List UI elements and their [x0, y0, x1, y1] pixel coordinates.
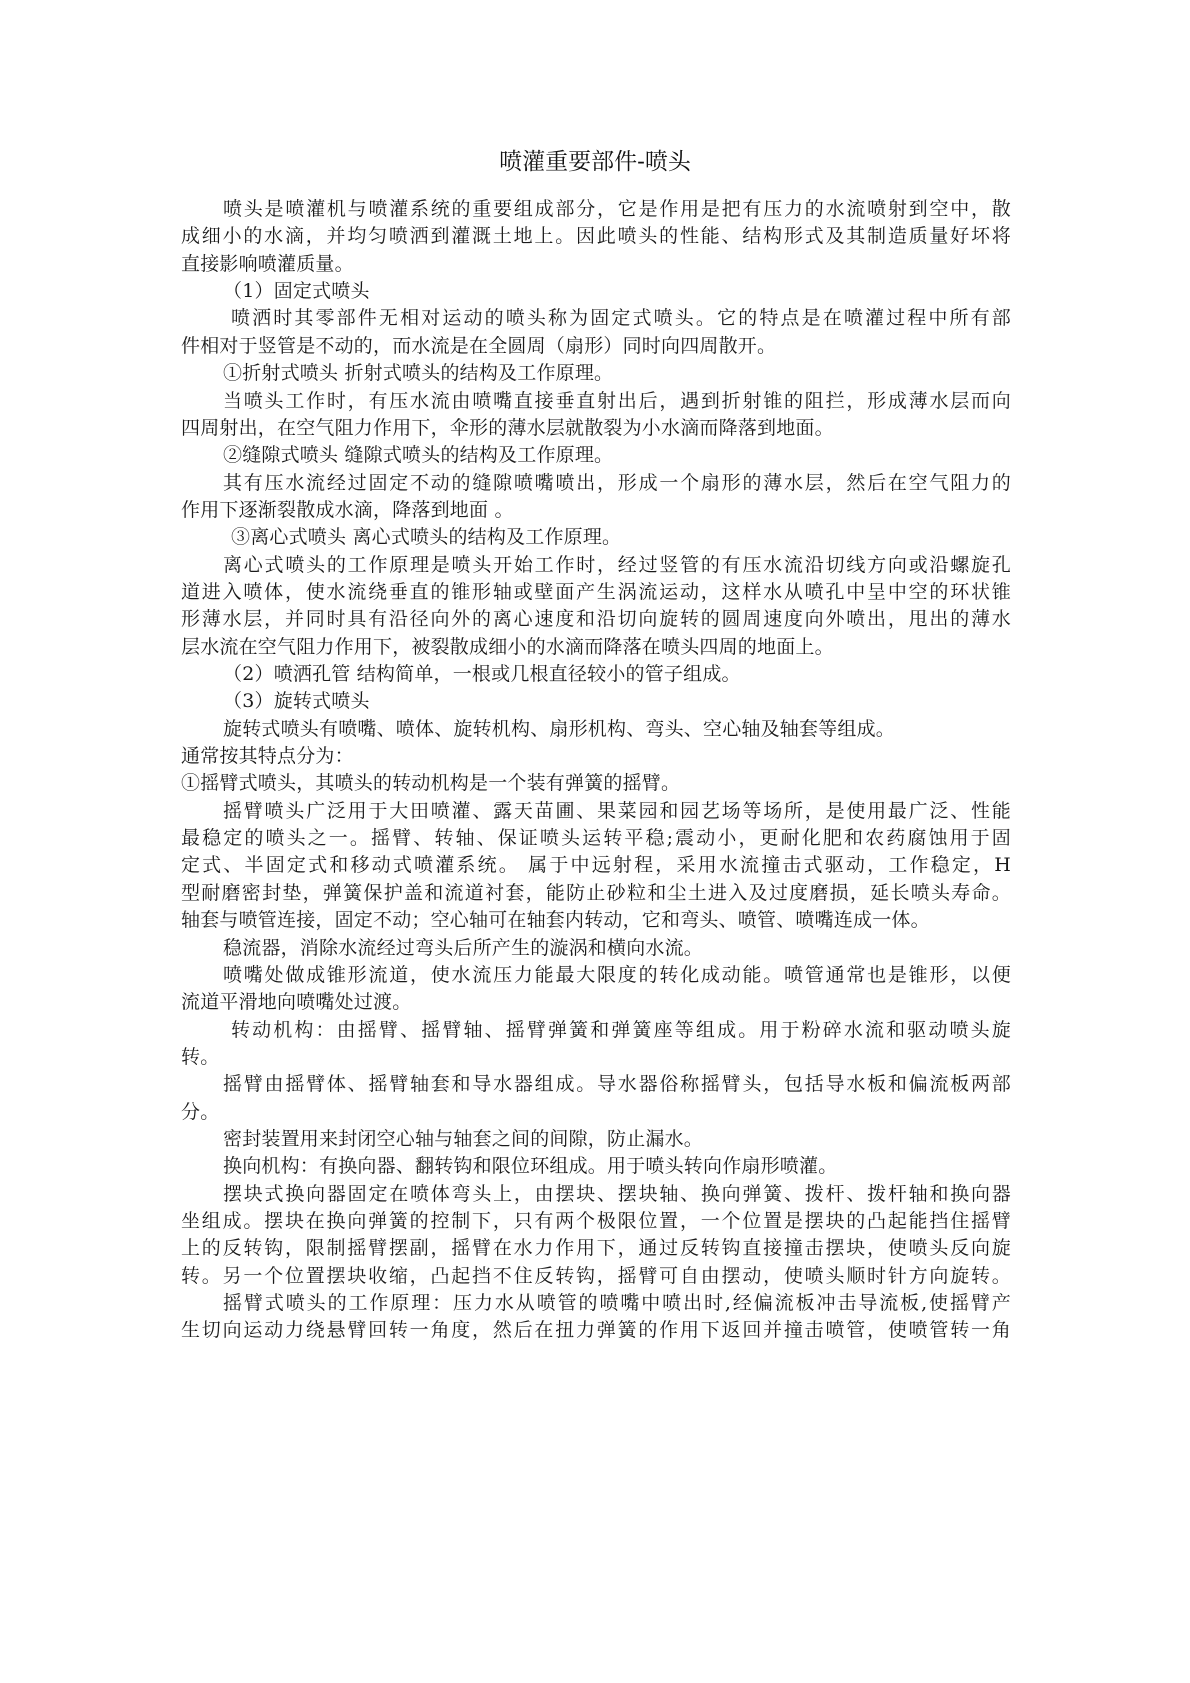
paragraph-line: 转。 [181, 1044, 1011, 1071]
paragraph-line: 直接影响喷灌质量。 [181, 251, 1011, 278]
paragraph-line: 成细小的水滴，并均匀喷洒到灌溉土地上。因此喷头的性能、结构形式及其制造质量好坏将 [181, 223, 1011, 250]
paragraph-line: 轴套与喷管连接，固定不动；空心轴可在轴套内转动，它和弯头、喷管、喷嘴连成一体。 [181, 907, 1011, 934]
paragraph-line: 分。 [181, 1099, 1011, 1126]
paragraph-line: ③离心式喷头 离心式喷头的结构及工作原理。 [231, 524, 1011, 551]
paragraph-line: 生切向运动力绕悬臂回转一角度，然后在扭力弹簧的作用下返回并撞击喷管，使喷管转一角 [181, 1317, 1011, 1344]
paragraph-line: （1）固定式喷头 [223, 278, 1011, 305]
paragraph-line: 层水流在空气阻力作用下，被裂散成细小的水滴而降落在喷头四周的地面上。 [181, 634, 1011, 661]
paragraph-line: 坐组成。摆块在换向弹簧的控制下，只有两个极限位置，一个位置是摆块的凸起能挡住摇臂 [181, 1208, 1011, 1235]
paragraph-line: 其有压水流经过固定不动的缝隙喷嘴喷出，形成一个扇形的薄水层，然后在空气阻力的 [223, 470, 1011, 497]
paragraph-line: 四周射出，在空气阻力作用下，伞形的薄水层就散裂为小水滴而降落到地面。 [181, 415, 1011, 442]
paragraph-line: 喷头是喷灌机与喷灌系统的重要组成部分，它是作用是把有压力的水流喷射到空中，散 [223, 196, 1011, 223]
paragraph-line: 摇臂喷头广泛用于大田喷灌、露天苗圃、果菜园和园艺场等场所，是使用最广泛、性能 [223, 798, 1011, 825]
paragraph-line: 件相对于竖管是不动的，而水流是在全圆周（扇形）同时向四周散开。 [181, 333, 1011, 360]
paragraph-line: 摇臂由摇臂体、摇臂轴套和导水器组成。导水器俗称摇臂头，包括导水板和偏流板两部 [223, 1071, 1011, 1098]
paragraph-line: 转动机构：由摇臂、摇臂轴、摇臂弹簧和弹簧座等组成。用于粉碎水流和驱动喷头旋 [231, 1017, 1011, 1044]
paragraph-line: 旋转式喷头有喷嘴、喷体、旋转机构、扇形机构、弯头、空心轴及轴套等组成。 [223, 716, 1011, 743]
paragraph-line: 换向机构：有换向器、翻转钩和限位环组成。用于喷头转向作扇形喷灌。 [223, 1153, 1011, 1180]
paragraph-line: 流道平滑地向喷嘴处过渡。 [181, 989, 1011, 1016]
paragraph-line: 喷洒时其零部件无相对运动的喷头称为固定式喷头。它的特点是在喷灌过程中所有部 [231, 305, 1011, 332]
paragraph-line: （2）喷洒孔管 结构简单，一根或几根直径较小的管子组成。 [223, 661, 1011, 688]
paragraph-line: （3）旋转式喷头 [223, 688, 1011, 715]
document-page: 喷灌重要部件-喷头 喷头是喷灌机与喷灌系统的重要组成部分，它是作用是把有压力的水… [0, 0, 1190, 1683]
paragraph-line: 转。另一个位置摆块收缩，凸起挡不住反转钩，摇臂可自由摆动，使喷头顺时针方向旋转。 [181, 1263, 1011, 1290]
paragraph-line: 摇臂式喷头的工作原理：压力水从喷管的喷嘴中喷出时,经偏流板冲击导流板,使摇臂产 [223, 1290, 1011, 1317]
paragraph-line: 形薄水层，并同时具有沿径向外的离心速度和沿切向旋转的圆周速度向外喷出，甩出的薄水 [181, 606, 1011, 633]
paragraph-line: 喷嘴处做成锥形流道，使水流压力能最大限度的转化成动能。喷管通常也是锥形，以便 [223, 962, 1011, 989]
paragraph-line: 道进入喷体，使水流绕垂直的锥形轴或壁面产生涡流运动，这样水从喷孔中呈中空的环状锥 [181, 579, 1011, 606]
paragraph-line: 摆块式换向器固定在喷体弯头上，由摆块、摆块轴、换向弹簧、拨杆、拨杆轴和换向器 [223, 1181, 1011, 1208]
paragraph-line: 密封装置用来封闭空心轴与轴套之间的间隙，防止漏水。 [223, 1126, 1011, 1153]
paragraph-line: 作用下逐渐裂散成水滴，降落到地面 。 [181, 497, 1011, 524]
paragraph-line: 上的反转钩，限制摇臂摆副，摇臂在水力作用下，通过反转钩直接撞击摆块，使喷头反向旋 [181, 1235, 1011, 1262]
paragraph-line: 当喷头工作时，有压水流由喷嘴直接垂直射出后，遇到折射锥的阻拦，形成薄水层而向 [223, 388, 1011, 415]
paragraph-line: 稳流器，消除水流经过弯头后所产生的漩涡和横向水流。 [223, 935, 1011, 962]
paragraph-line: 最稳定的喷头之一。摇臂、转轴、保证喷头运转平稳;震动小，更耐化肥和农药腐蚀用于固 [181, 825, 1011, 852]
paragraph-line: 定式、半固定式和移动式喷灌系统。 属于中远射程，采用水流撞击式驱动，工作稳定，H [181, 852, 1011, 879]
document-title: 喷灌重要部件-喷头 [0, 146, 1190, 178]
paragraph-line: 通常按其特点分为： [181, 743, 1011, 770]
paragraph-line: 型耐磨密封垫，弹簧保护盖和流道衬套，能防止砂粒和尘土进入及过度磨损，延长喷头寿命… [181, 880, 1011, 907]
paragraph-line: ②缝隙式喷头 缝隙式喷头的结构及工作原理。 [223, 442, 1011, 469]
paragraph-line: 离心式喷头的工作原理是喷头开始工作时，经过竖管的有压水流沿切线方向或沿螺旋孔 [223, 552, 1011, 579]
paragraph-line: ①摇臂式喷头，其喷头的转动机构是一个装有弹簧的摇臂。 [181, 770, 1011, 797]
paragraph-line: ①折射式喷头 折射式喷头的结构及工作原理。 [223, 360, 1011, 387]
